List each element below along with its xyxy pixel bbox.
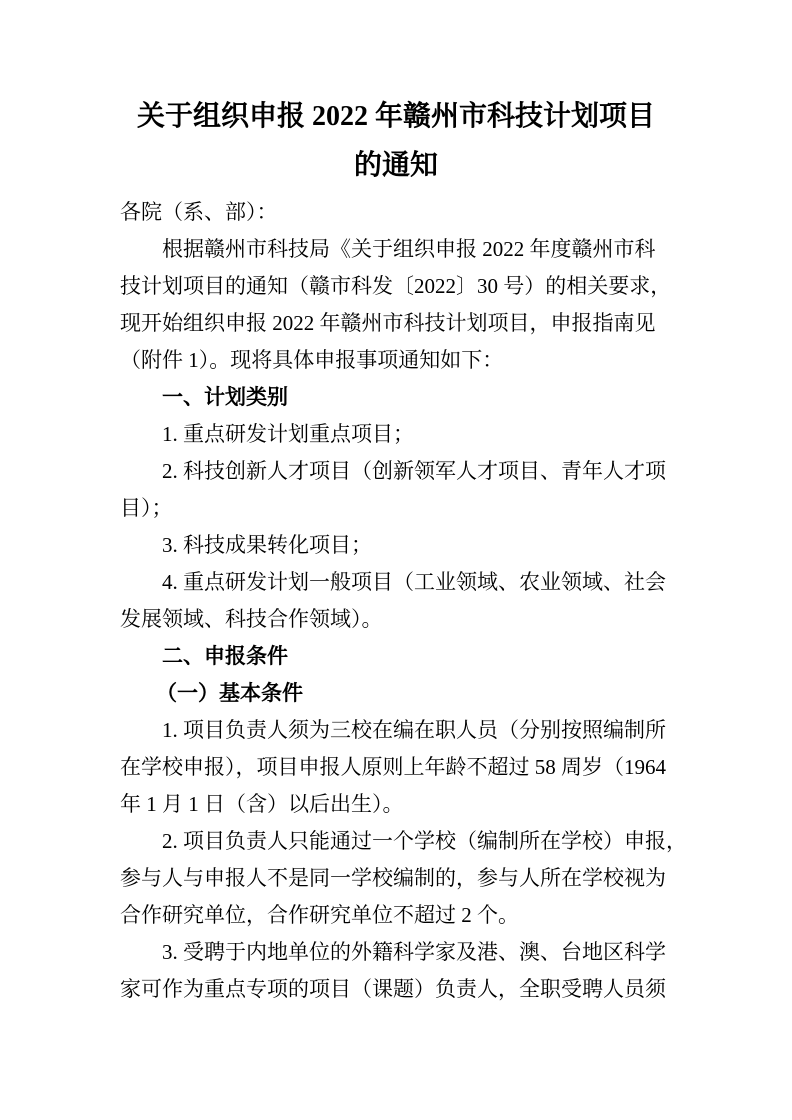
section-2-heading: 二、申报条件 [120, 638, 672, 675]
section-1-heading: 一、计划类别 [120, 379, 672, 416]
category-item-4-line-2: 发展领域、科技合作领域）。 [120, 601, 672, 638]
document-body: 根据赣州市科技局《关于组织申报 2022 年度赣州市科技计划项目的通知（赣市科发… [120, 231, 672, 1008]
intro-paragraph-line-3: 现开始组织申报 2022 年赣州市科技计划项目，申报指南见 [120, 305, 672, 342]
condition-item-2-line-2: 参与人与申报人不是同一学校编制的，参与人所在学校视为 [120, 860, 672, 897]
condition-item-2-line-3: 合作研究单位，合作研究单位不超过 2 个。 [120, 897, 672, 934]
category-item-2-line-2: 目）； [120, 490, 672, 527]
condition-item-1-line-2: 在学校申报），项目申报人原则上年龄不超过 58 周岁（1964 [120, 749, 672, 786]
document-page: 关于组织申报 2022 年赣州市科技计划项目 的通知 各院（系、部）： 根据赣州… [0, 0, 792, 1120]
document-title: 关于组织申报 2022 年赣州市科技计划项目 的通知 [120, 92, 672, 190]
document-title-line-1: 关于组织申报 2022 年赣州市科技计划项目 [120, 92, 672, 141]
intro-paragraph-line-4: （附件 1）。现将具体申报事项通知如下： [120, 342, 672, 379]
intro-paragraph-line-2: 技计划项目的通知（赣市科发〔2022〕30 号）的相关要求， [120, 268, 672, 305]
document-title-line-2: 的通知 [120, 141, 672, 190]
subsection-1-heading: （一）基本条件 [120, 675, 672, 712]
condition-item-1-line-3: 年 1 月 1 日（含）以后出生）。 [120, 786, 672, 823]
category-item-1: 1. 重点研发计划重点项目； [120, 416, 672, 453]
condition-item-1-line-1: 1. 项目负责人须为三校在编在职人员（分别按照编制所 [120, 712, 672, 749]
category-item-2-line-1: 2. 科技创新人才项目（创新领军人才项目、青年人才项 [120, 453, 672, 490]
condition-item-3-line-2: 家可作为重点专项的项目（课题）负责人，全职受聘人员须 [120, 971, 672, 1008]
condition-item-3-line-1: 3. 受聘于内地单位的外籍科学家及港、澳、台地区科学 [120, 934, 672, 971]
category-item-3: 3. 科技成果转化项目； [120, 527, 672, 564]
intro-paragraph-line-1: 根据赣州市科技局《关于组织申报 2022 年度赣州市科 [120, 231, 672, 268]
condition-item-2-line-1: 2. 项目负责人只能通过一个学校（编制所在学校）申报， [120, 823, 672, 860]
salutation: 各院（系、部）： [120, 194, 672, 231]
category-item-4-line-1: 4. 重点研发计划一般项目（工业领域、农业领域、社会 [120, 564, 672, 601]
